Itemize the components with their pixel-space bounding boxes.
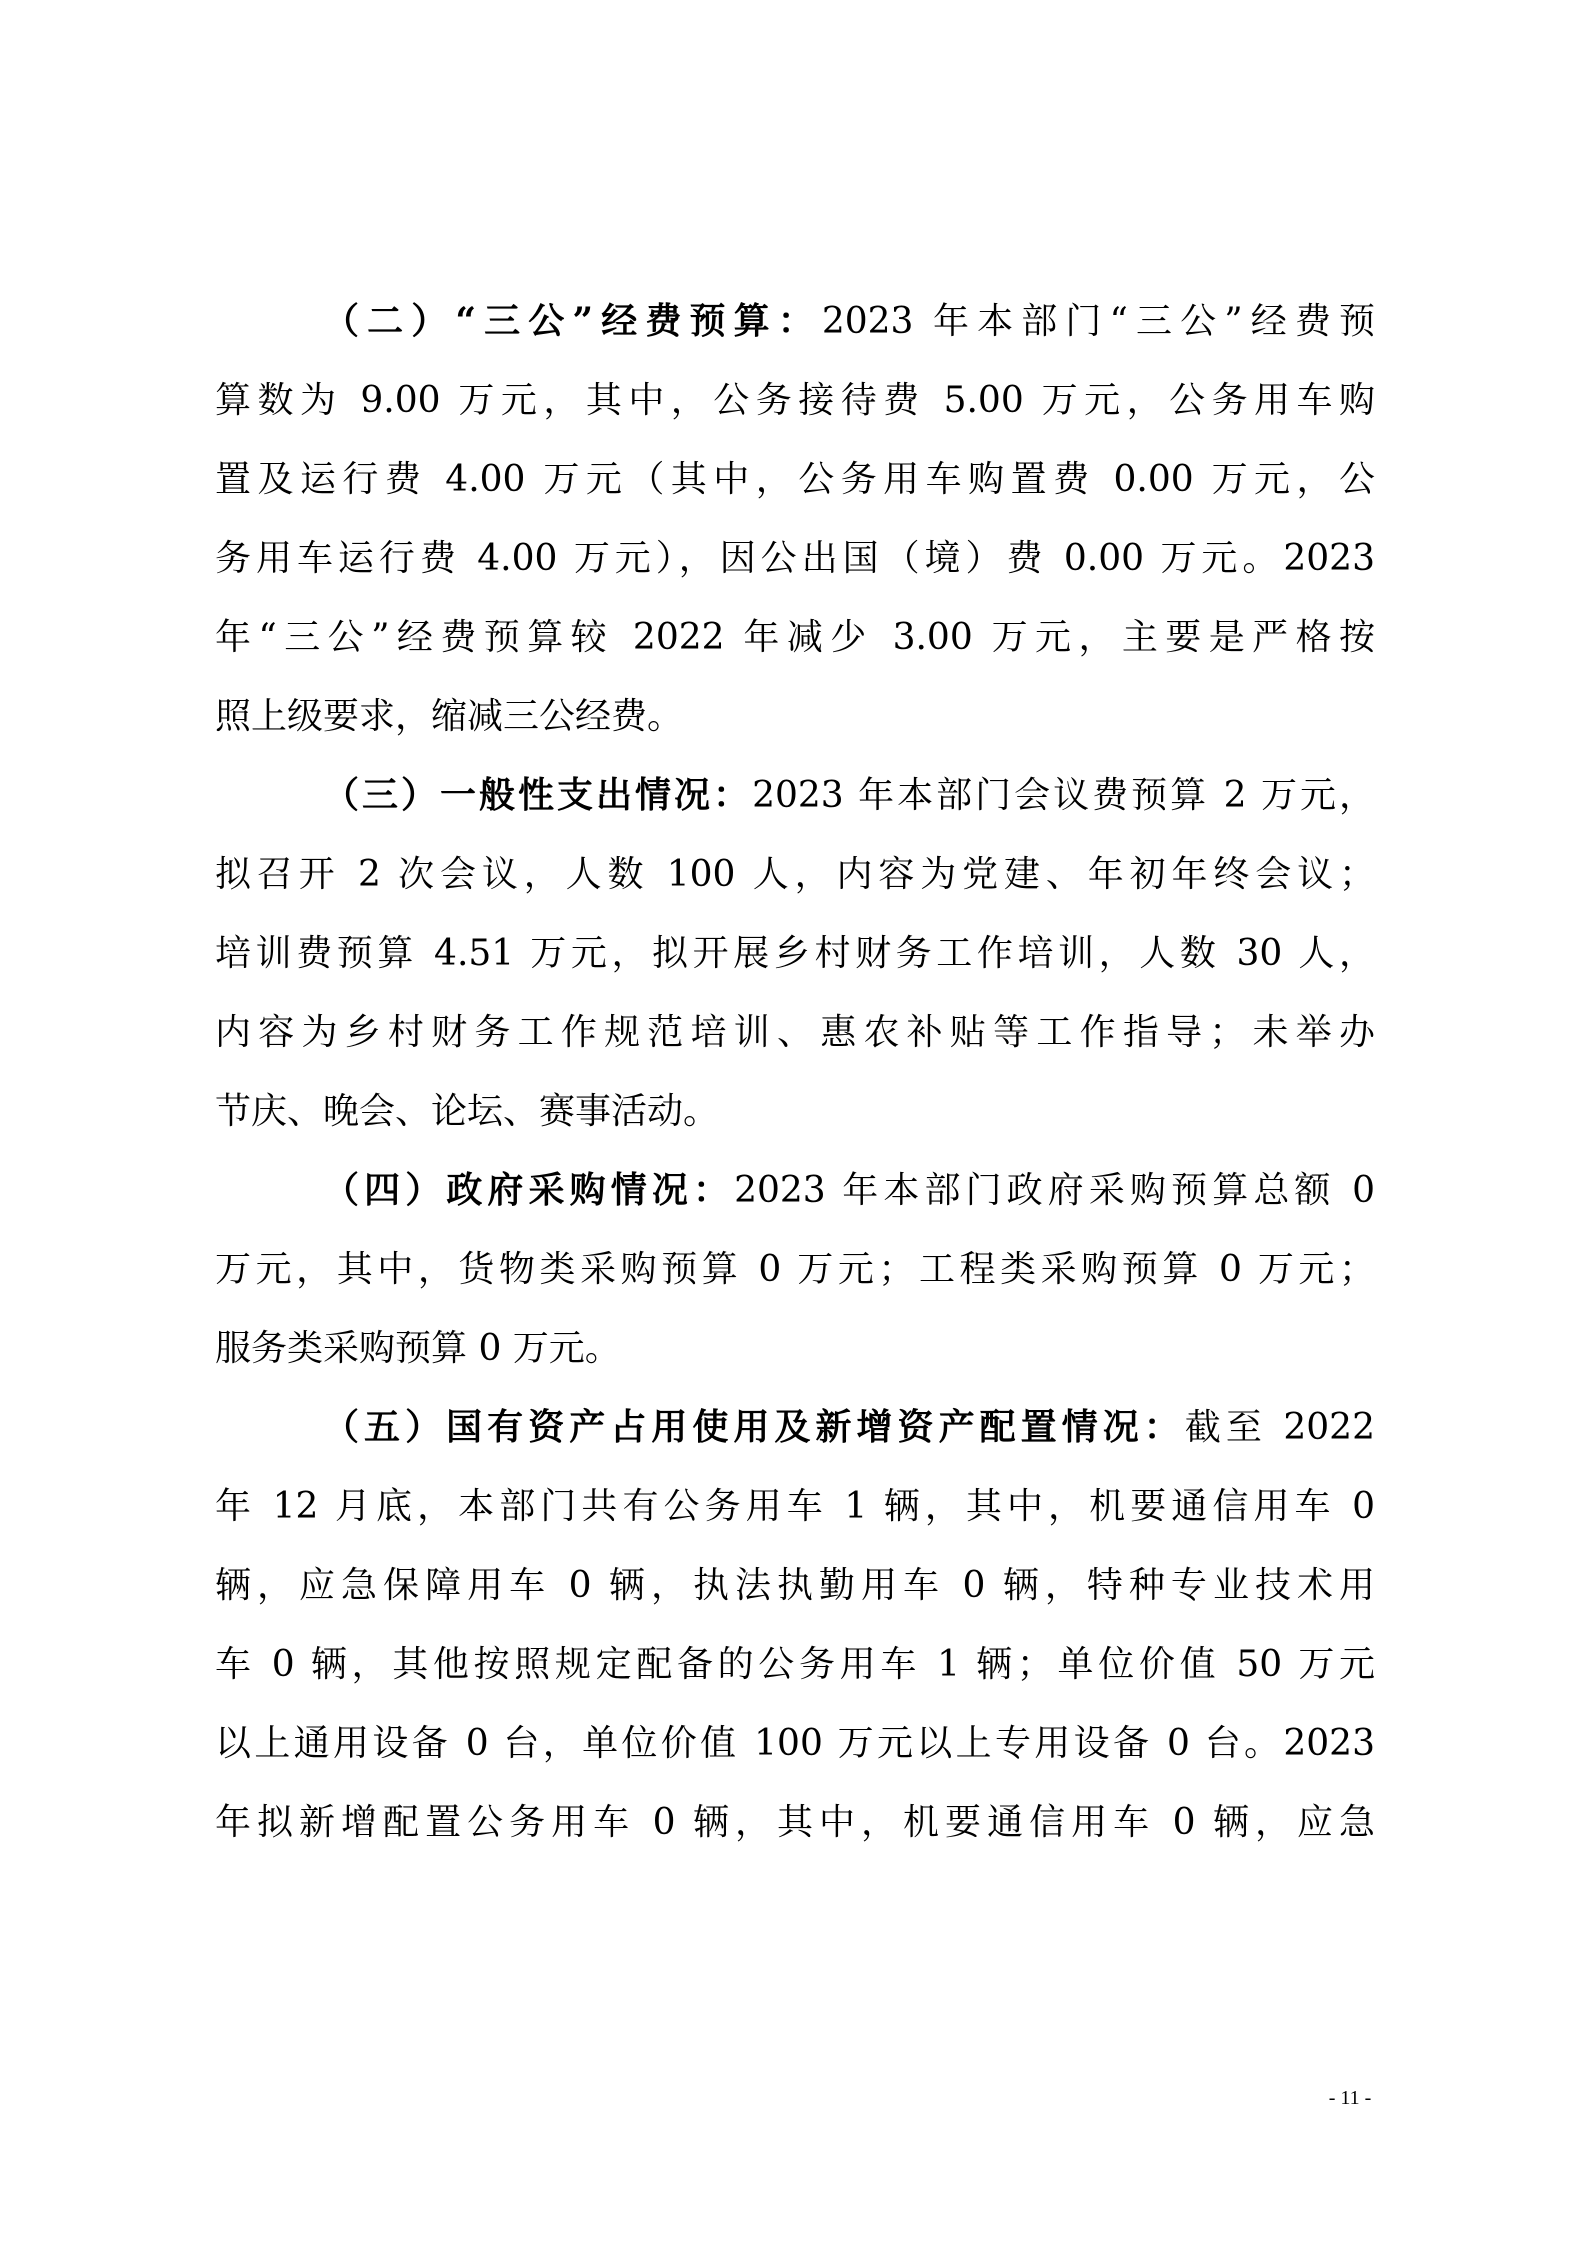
line-text: 2023 年本部门会议费预算 2 万元， xyxy=(752,775,1375,816)
section-sangong-budget: （二）“三公”经费预算：2023 年本部门“三公”经费预 算数为 9.00 万元… xyxy=(215,282,1375,756)
line-text: 照上级要求，缩减三公经费。 xyxy=(215,696,683,737)
paragraph-line: 年 12 月底，本部门共有公务用车 1 辆，其中，机要通信用车 0 xyxy=(215,1467,1375,1546)
line-text: 节庆、晚会、论坛、赛事活动。 xyxy=(215,1091,719,1132)
section-heading: （四）政府采购情况： xyxy=(323,1169,734,1211)
paragraph-line: （二）“三公”经费预算：2023 年本部门“三公”经费预 xyxy=(215,282,1375,361)
line-text: 服务类采购预算 0 万元。 xyxy=(215,1328,621,1369)
line-text: 拟召开 2 次会议，人数 100 人，内容为党建、年初年终会议； xyxy=(215,854,1375,895)
line-text: 年“三公”经费预算较 2022 年减少 3.00 万元，主要是严格按 xyxy=(215,617,1375,658)
paragraph-line: （五）国有资产占用使用及新增资产配置情况：截至 2022 xyxy=(215,1388,1375,1467)
line-text: 年拟新增配置公务用车 0 辆，其中，机要通信用车 0 辆，应急 xyxy=(215,1802,1375,1843)
line-text: 2023 年本部门“三公”经费预 xyxy=(822,301,1375,342)
paragraph-line: 车 0 辆，其他按照规定配备的公务用车 1 辆；单位价值 50 万元 xyxy=(215,1625,1375,1704)
line-text: 截至 2022 xyxy=(1185,1407,1375,1448)
paragraph-line: （四）政府采购情况：2023 年本部门政府采购预算总额 0 xyxy=(215,1151,1375,1230)
line-text: 2023 年本部门政府采购预算总额 0 xyxy=(734,1170,1375,1211)
paragraph-line: （三）一般性支出情况：2023 年本部门会议费预算 2 万元， xyxy=(215,756,1375,835)
paragraph-line: 照上级要求，缩减三公经费。 xyxy=(215,677,1375,756)
paragraph-line: 务用车运行费 4.00 万元），因公出国（境）费 0.00 万元。2023 xyxy=(215,519,1375,598)
line-text: 务用车运行费 4.00 万元），因公出国（境）费 0.00 万元。2023 xyxy=(215,538,1375,579)
paragraph-line: 内容为乡村财务工作规范培训、惠农补贴等工作指导；未举办 xyxy=(215,993,1375,1072)
paragraph-line: 以上通用设备 0 台，单位价值 100 万元以上专用设备 0 台。2023 xyxy=(215,1704,1375,1783)
line-text: 辆，应急保障用车 0 辆，执法执勤用车 0 辆，特种专业技术用 xyxy=(215,1565,1375,1606)
paragraph-line: 节庆、晚会、论坛、赛事活动。 xyxy=(215,1072,1375,1151)
paragraph-line: 置及运行费 4.00 万元（其中，公务用车购置费 0.00 万元，公 xyxy=(215,440,1375,519)
section-government-procurement: （四）政府采购情况：2023 年本部门政府采购预算总额 0 万元，其中，货物类采… xyxy=(215,1151,1375,1388)
line-text: 内容为乡村财务工作规范培训、惠农补贴等工作指导；未举办 xyxy=(215,1012,1375,1053)
document-page: （二）“三公”经费预算：2023 年本部门“三公”经费预 算数为 9.00 万元… xyxy=(0,0,1587,2245)
paragraph-line: 万元，其中，货物类采购预算 0 万元；工程类采购预算 0 万元； xyxy=(215,1230,1375,1309)
line-text: 培训费预算 4.51 万元，拟开展乡村财务工作培训，人数 30 人， xyxy=(215,933,1375,974)
line-text: 置及运行费 4.00 万元（其中，公务用车购置费 0.00 万元，公 xyxy=(215,459,1375,500)
line-text: 年 12 月底，本部门共有公务用车 1 辆，其中，机要通信用车 0 xyxy=(215,1486,1375,1527)
paragraph-line: 培训费预算 4.51 万元，拟开展乡村财务工作培训，人数 30 人， xyxy=(215,914,1375,993)
page-number: - 11 - xyxy=(1320,2086,1380,2110)
paragraph-line: 年“三公”经费预算较 2022 年减少 3.00 万元，主要是严格按 xyxy=(215,598,1375,677)
line-text: 万元，其中，货物类采购预算 0 万元；工程类采购预算 0 万元； xyxy=(215,1249,1375,1290)
body-text: （二）“三公”经费预算：2023 年本部门“三公”经费预 算数为 9.00 万元… xyxy=(215,282,1375,1862)
section-state-assets: （五）国有资产占用使用及新增资产配置情况：截至 2022 年 12 月底，本部门… xyxy=(215,1388,1375,1862)
section-heading: （二）“三公”经费预算： xyxy=(323,300,822,342)
line-text: 车 0 辆，其他按照规定配备的公务用车 1 辆；单位价值 50 万元 xyxy=(215,1644,1375,1685)
section-heading: （五）国有资产占用使用及新增资产配置情况： xyxy=(323,1406,1185,1448)
paragraph-line: 辆，应急保障用车 0 辆，执法执勤用车 0 辆，特种专业技术用 xyxy=(215,1546,1375,1625)
line-text: 算数为 9.00 万元，其中，公务接待费 5.00 万元，公务用车购 xyxy=(215,380,1375,421)
section-heading: （三）一般性支出情况： xyxy=(323,774,752,816)
section-general-expenditure: （三）一般性支出情况：2023 年本部门会议费预算 2 万元， 拟召开 2 次会… xyxy=(215,756,1375,1151)
line-text: 以上通用设备 0 台，单位价值 100 万元以上专用设备 0 台。2023 xyxy=(215,1723,1375,1764)
paragraph-line: 拟召开 2 次会议，人数 100 人，内容为党建、年初年终会议； xyxy=(215,835,1375,914)
paragraph-line: 服务类采购预算 0 万元。 xyxy=(215,1309,1375,1388)
paragraph-line: 算数为 9.00 万元，其中，公务接待费 5.00 万元，公务用车购 xyxy=(215,361,1375,440)
paragraph-line: 年拟新增配置公务用车 0 辆，其中，机要通信用车 0 辆，应急 xyxy=(215,1783,1375,1862)
